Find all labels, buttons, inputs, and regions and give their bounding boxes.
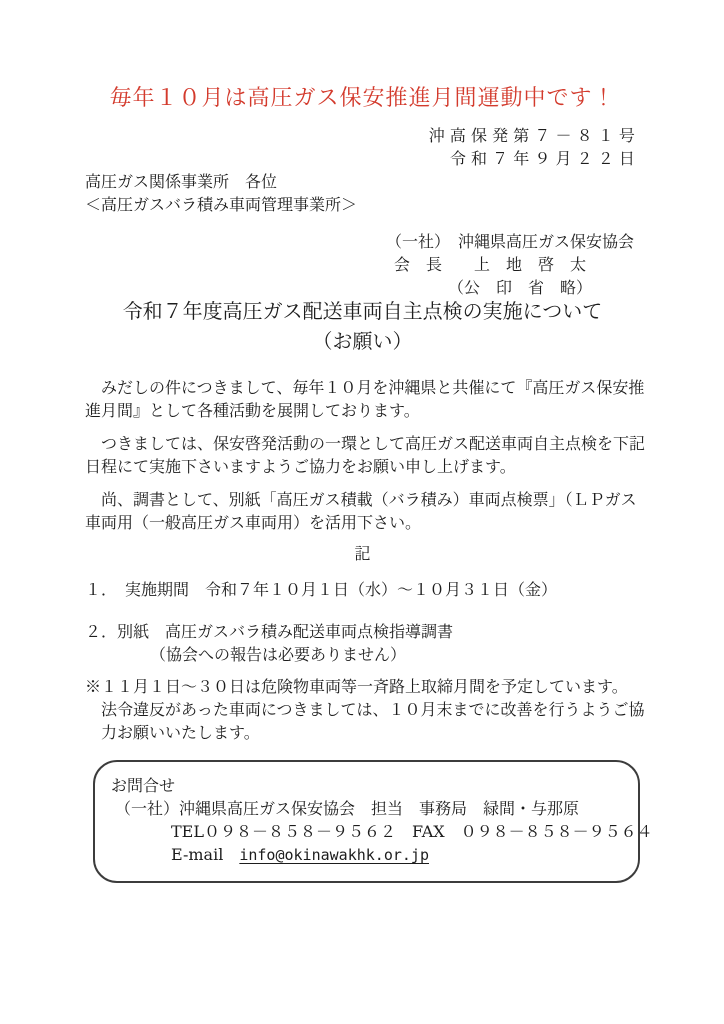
contact-email-line: E-mail info@okinawakhk.or.jp [171, 843, 624, 867]
paragraph-1-line-1: みだしの件につきまして、毎年１０月を沖縄県と共催にて『高圧ガス保安推 [85, 376, 640, 399]
addressee-line-1: 高圧ガス関係事業所 各位 [85, 170, 640, 193]
list-item-2: ２．別紙 高圧ガスバラ積み配送車両点検指導調書 （協会への報告は必要ありません） [85, 620, 640, 666]
list-item-1: １． 実施期間 令和７年１０月１日（水）～１０月３１日（金） [85, 578, 640, 601]
caution-note: ※１１月１日～３０日は危険物車両等一斉路上取締月間を予定しています。 法令違反が… [85, 675, 640, 744]
email-label: E-mail [171, 845, 239, 864]
banner-title: 毎年１０月は高圧ガス保安推進月間運動中です！ [85, 85, 640, 113]
contact-heading: お問合せ [111, 774, 624, 797]
paragraph-1-line-2: 進月間』として各種活動を展開しております。 [85, 399, 640, 422]
document-title: 令和７年度高圧ガス配送車両自主点検の実施について [85, 299, 640, 324]
document-title-block: 令和７年度高圧ガス配送車両自主点検の実施について （お願い） [85, 299, 640, 354]
contact-org-line: （一社）沖縄県高圧ガス保安協会 担当 事務局 緑間・与那原 [115, 797, 624, 820]
document-page: 毎年１０月は高圧ガス保安推進月間運動中です！ 沖高保発第７－８１号 令和７年９月… [0, 0, 724, 1024]
addressee-line-2: ＜高圧ガスバラ積み車両管理事業所＞ [85, 193, 640, 216]
paragraph-3: 尚、調書として、別紙「高圧ガス積載（バラ積み）車両点検票」（ＬＰガス 車両用（一… [85, 488, 640, 534]
list-item-2-title: ２．別紙 高圧ガスバラ積み配送車両点検指導調書 [85, 620, 640, 643]
caution-note-line-1: ※１１月１日～３０日は危険物車両等一斉路上取締月間を予定しています。 [85, 675, 640, 698]
ki-marker: 記 [85, 542, 640, 565]
caution-note-line-3: 力お願いいたします。 [85, 721, 640, 744]
paragraph-1: みだしの件につきまして、毎年１０月を沖縄県と共催にて『高圧ガス保安推 進月間』と… [85, 376, 640, 422]
paragraph-2-line-1: つきましては、保安啓発活動の一環として高圧ガス配送車両自主点検を下記 [85, 432, 640, 455]
paragraph-3-line-1: 尚、調書として、別紙「高圧ガス積載（バラ積み）車両点検票」（ＬＰガス [85, 488, 640, 511]
addressee-block: 高圧ガス関係事業所 各位 ＜高圧ガスバラ積み車両管理事業所＞ [85, 170, 640, 216]
paragraph-2: つきましては、保安啓発活動の一環として高圧ガス配送車両自主点検を下記 日程にて実… [85, 432, 640, 478]
sender-org: （一社） 沖縄県高圧ガス保安協会 [386, 230, 634, 253]
email-link[interactable]: info@okinawakhk.or.jp [239, 846, 429, 864]
seal-note: （公 印 省 略） [448, 276, 634, 299]
doc-number: 沖高保発第７－８１号 [85, 124, 640, 147]
sender-block: （一社） 沖縄県高圧ガス保安協会 会 長 上 地 啓 太 （公 印 省 略） [386, 230, 634, 299]
document-subtitle: （お願い） [85, 329, 640, 354]
paragraph-3-line-2: 車両用（一般高圧ガス車両用）を活用下さい。 [85, 511, 640, 534]
contact-tel-fax: TEL０９８－８５８－９５６２ FAX ０９８－８５８－９５６４ [171, 820, 624, 843]
paragraph-2-line-2: 日程にて実施下さいますようご協力をお願い申し上げます。 [85, 455, 640, 478]
caution-note-line-2: 法令違反があった車両につきましては、１０月末までに改善を行うようご協 [85, 698, 640, 721]
doc-date: 令和７年９月２２日 [85, 147, 640, 170]
contact-box: お問合せ （一社）沖縄県高圧ガス保安協会 担当 事務局 緑間・与那原 TEL０９… [93, 760, 640, 883]
list-item-2-note: （協会への報告は必要ありません） [150, 643, 640, 666]
sender-name: 会 長 上 地 啓 太 [394, 253, 634, 276]
